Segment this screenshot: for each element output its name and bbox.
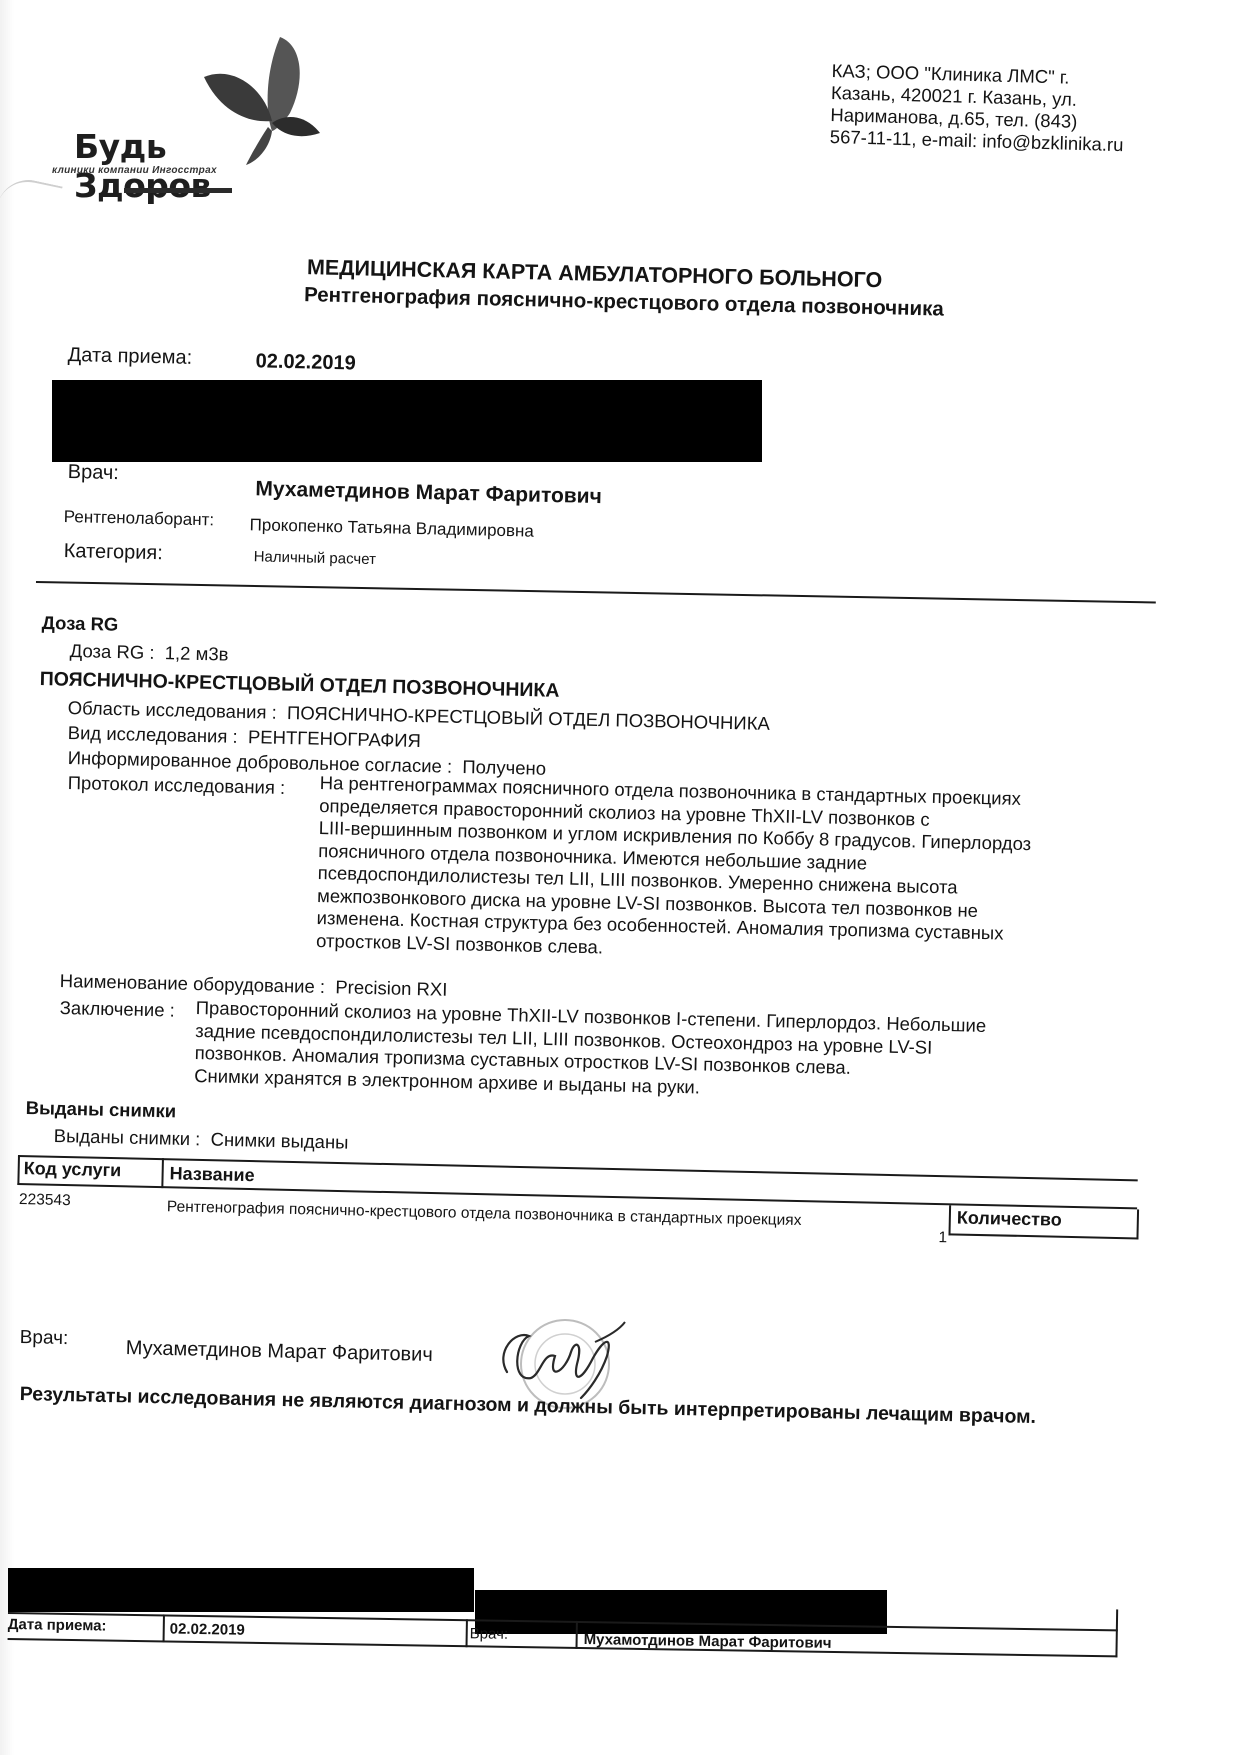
category-row: Категория: Наличный расчет (63, 540, 763, 579)
lab-tech-name: Прокопенко Татьяна Владимировна (249, 515, 534, 541)
clinic-address-block: КАЗ; ООО "Клиника ЛМС" г. Казань, 420021… (830, 60, 1192, 158)
dose-label: Доза RG : (70, 640, 155, 663)
doctor-name: Мухаметдинов Марат Фаритович (255, 477, 602, 509)
images-issued-row: Выданы снимки : Снимки выданы (54, 1125, 349, 1154)
document-title: МЕДИЦИНСКАЯ КАРТА АМБУЛАТОРНОГО БОЛЬНОГО… (299, 254, 950, 323)
table-header-qty-box: Количество (948, 1205, 1139, 1239)
footer-col-divider (466, 1619, 468, 1647)
visit-date-value: 02.02.2019 (255, 350, 356, 375)
images-issued-label: Выданы снимки : (54, 1125, 201, 1149)
doctor-row: Врач: Мухаметдинов Марат Фаритович (67, 461, 767, 500)
equipment-value: Precision RXI (335, 976, 448, 1000)
redacted-footer-patient (8, 1568, 474, 1612)
lab-tech-label: Рентгенолаборант: (64, 507, 215, 529)
footer-date-label: Дата приема: (8, 1616, 107, 1635)
study-area-label: Область исследования : (68, 697, 278, 723)
footer-doctor-label: Врач: (470, 1625, 509, 1643)
protocol-text: На рентгенограммах поясничного отдела по… (316, 772, 1200, 972)
conclusion-text: Правосторонний сколиоз на уровне ThXII-L… (194, 997, 1096, 1107)
conclusion-label: Заключение : (60, 997, 176, 1022)
footer-border-right (1115, 1609, 1118, 1657)
table-row-name: Рентгенография пояснично-крестцового отд… (167, 1198, 802, 1230)
visit-date-row: Дата приема: 02.02.2019 (67, 344, 192, 370)
dose-heading: Доза RG (42, 612, 119, 636)
dose-row: Доза RG : 1,2 м3в (70, 640, 229, 666)
section-divider (36, 581, 1156, 604)
images-issued-value: Снимки выданы (210, 1129, 348, 1153)
footer-line-bottom (8, 1638, 1118, 1657)
doctor-label: Врач: (68, 461, 120, 484)
equipment-label: Наименование оборудование : (60, 970, 326, 997)
images-issued-heading: Выданы снимки (26, 1097, 177, 1122)
table-header-code: Код услуги (23, 1158, 121, 1181)
footer-date-value: 02.02.2019 (170, 1621, 245, 1639)
protocol-label: Протокол исследования : (68, 772, 286, 799)
table-row-code: 223543 (19, 1191, 71, 1210)
category-label: Категория: (64, 540, 164, 564)
study-type-value: РЕНТГЕНОГРАФИЯ (248, 726, 421, 751)
logo-tagline: клиники компании Ингосстрах (52, 165, 217, 176)
services-table: Код услуги Название Количество 223543 Ре… (16, 1155, 1137, 1259)
category-value: Наличный расчет (253, 548, 376, 568)
scan-page-edge (0, 0, 14, 1755)
signature-doctor-name: Мухаметдинов Марат Фаритович (125, 1337, 433, 1367)
lab-tech-row: Рентгенолаборант: Прокопенко Татьяна Вла… (64, 507, 764, 543)
signature-doctor-label: Врач: (20, 1327, 69, 1350)
table-row-qty: 1 (938, 1229, 947, 1247)
clinic-logo: Будь Здоров клиники компании Ингосстрах (52, 35, 292, 205)
logo-underline (124, 188, 232, 193)
footer-col-divider (163, 1614, 165, 1642)
table-border-left (17, 1155, 20, 1185)
redacted-patient-info (52, 380, 762, 462)
visit-date-label: Дата приема: (68, 344, 193, 369)
consent-label: Информированное добровольное согласие : (68, 747, 453, 777)
study-type-label: Вид исследования : (68, 722, 238, 747)
equipment-row: Наименование оборудование : Precision RX… (60, 970, 448, 1001)
table-col-divider (161, 1158, 164, 1188)
dose-value: 1,2 м3в (165, 642, 229, 664)
table-header-qty: Количество (957, 1207, 1062, 1230)
table-header-name: Название (169, 1163, 254, 1186)
footer-col-divider (575, 1621, 577, 1649)
